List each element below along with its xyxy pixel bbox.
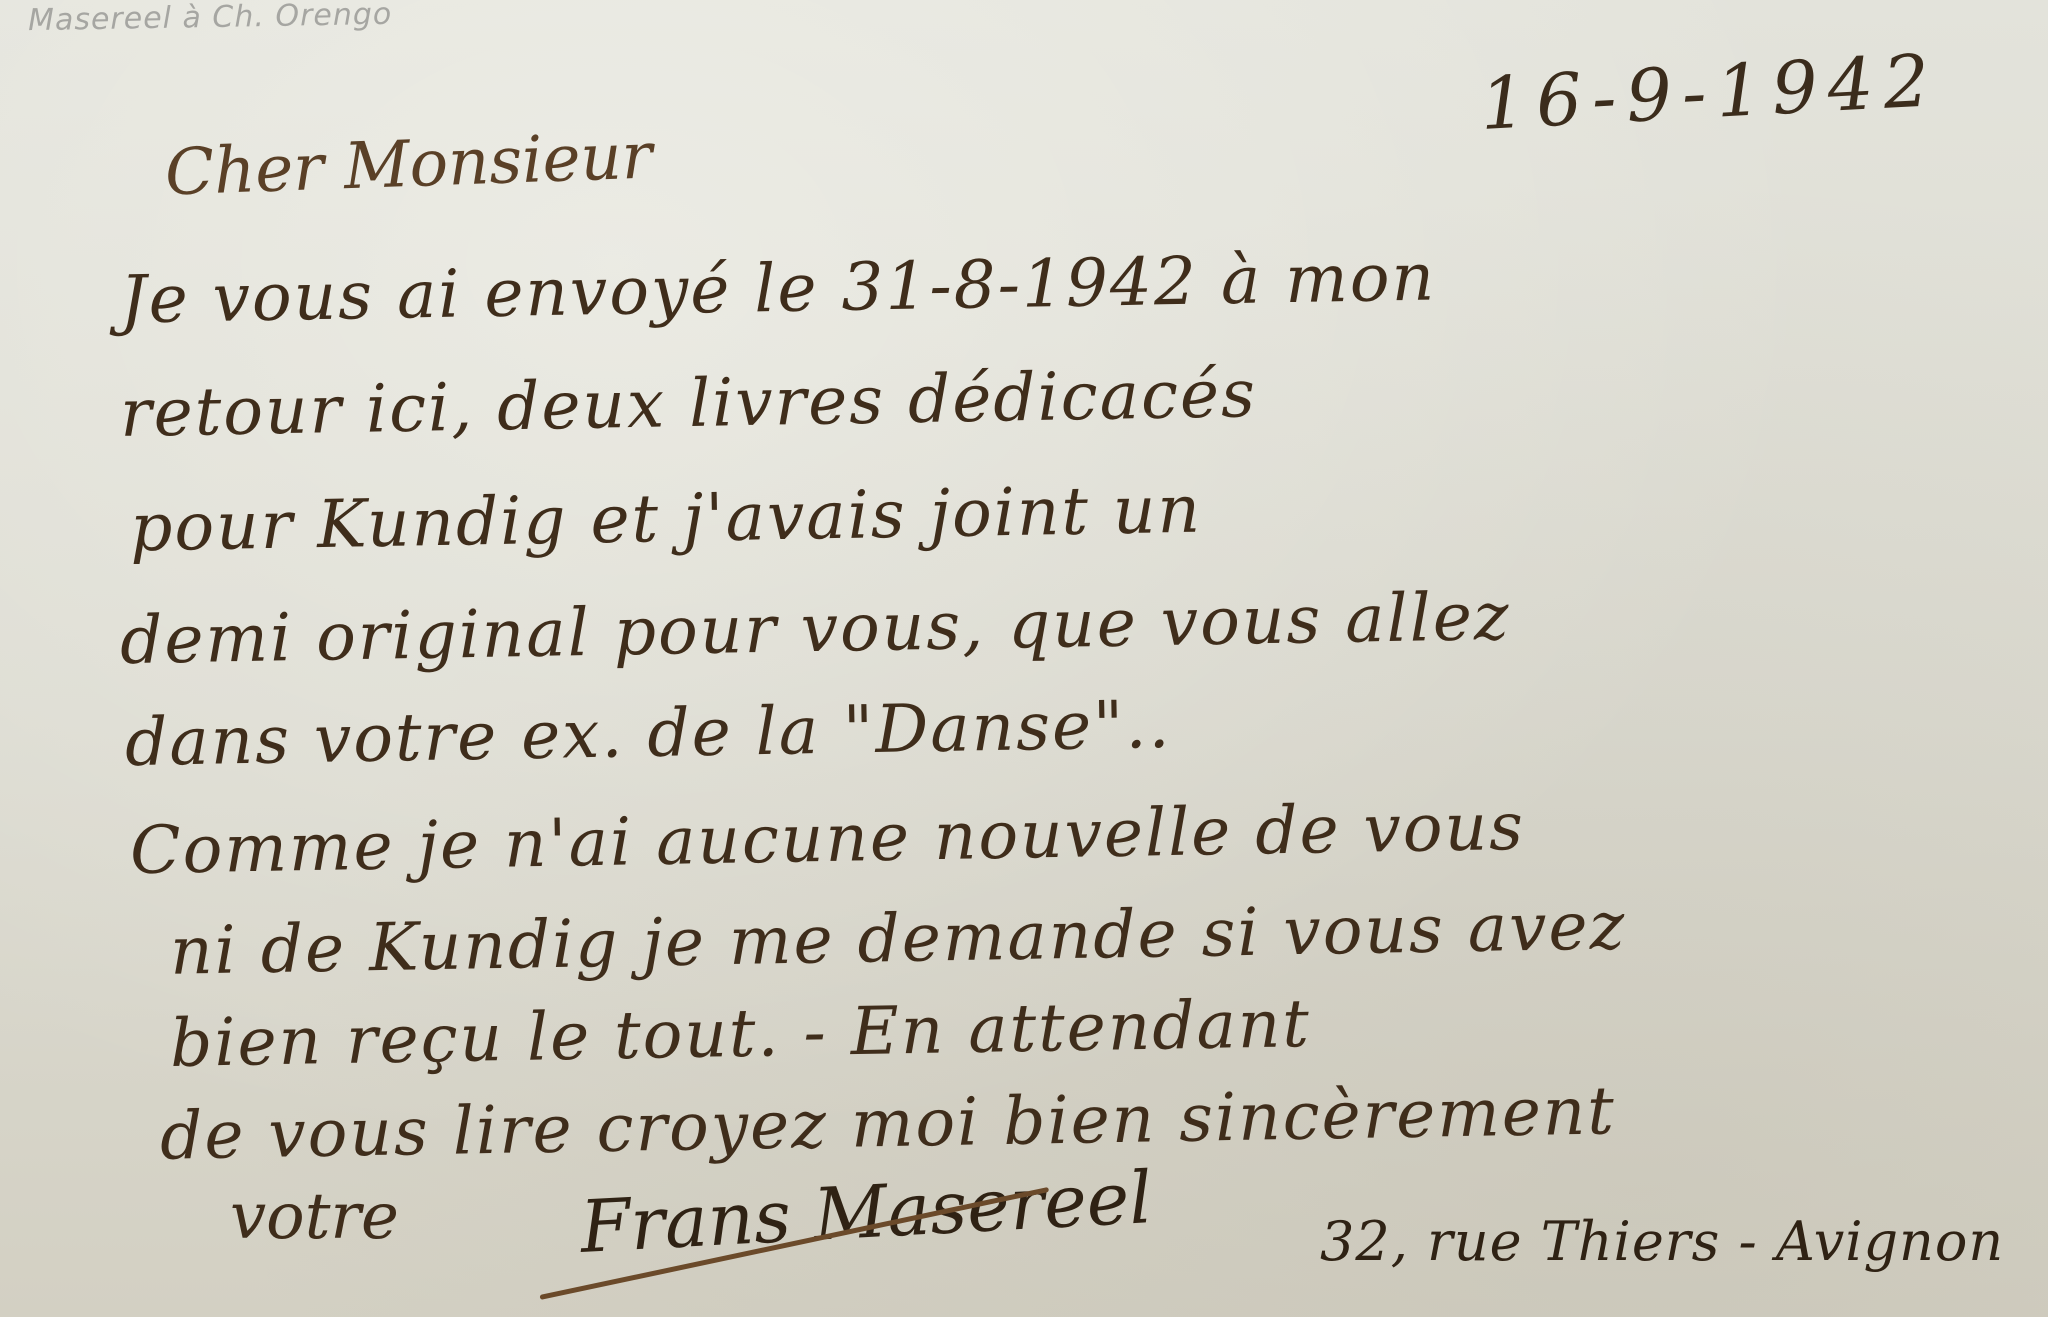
pencil-annotation: Masereel à Ch. Orengo <box>28 0 393 38</box>
closing: votre <box>230 1180 399 1254</box>
body-line-8: bien reçu le tout. - En attendant <box>169 985 1311 1082</box>
letter-card: Masereel à Ch. Orengo 16-9-1942 Cher Mon… <box>0 0 2048 1317</box>
body-line-7: ni de Kundig je me demande si vous avez <box>169 887 1626 989</box>
signature: Frans Masereel <box>578 1155 1154 1269</box>
body-line-2: retour ici, deux livres dédicacés <box>119 355 1257 452</box>
body-line-4: demi original pour vous, que vous allez <box>119 578 1511 679</box>
body-line-9: de vous lire croyez moi bien sincèrement <box>159 1072 1616 1174</box>
body-line-1: Je vous ai envoyé le 31-8-1942 à mon <box>119 239 1436 339</box>
salutation: Cher Monsieur <box>164 120 654 211</box>
letter-date: 16-9-1942 <box>1478 38 1941 146</box>
body-line-6: Comme je n'ai aucune nouvelle de vous <box>129 788 1525 889</box>
sender-address: 32, rue Thiers - Avignon <box>1320 1210 2004 1273</box>
body-line-5: dans votre ex. de la "Danse".. <box>124 686 1172 781</box>
body-line-3: pour Kundig et j'avais joint un <box>129 471 1202 567</box>
